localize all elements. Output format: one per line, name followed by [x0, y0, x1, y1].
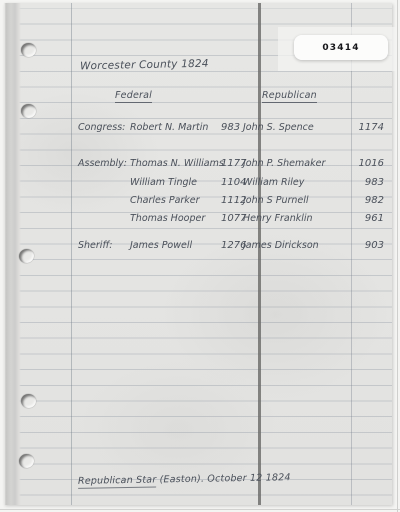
result-row-assembly: Charles Parker 1112 John S Purnell 982	[0, 195, 400, 209]
citation-detail: (Easton). October 12 1824	[156, 472, 290, 485]
federal-candidate: Thomas N. Williams	[130, 158, 224, 169]
center-column-line	[258, 3, 261, 505]
office-label: Assembly:	[78, 158, 127, 169]
republican-candidate: Henry Franklin	[243, 213, 313, 224]
result-row-assembly: William Tingle 1104 William Riley 983	[0, 177, 400, 191]
ledger-paper	[4, 3, 392, 505]
column-header-republican: Republican	[262, 90, 317, 103]
republican-votes: 982	[354, 195, 384, 206]
federal-candidate: Robert N. Martin	[130, 122, 208, 133]
catalog-label: 03414	[294, 35, 388, 60]
punch-hole	[21, 43, 36, 57]
federal-candidate: Thomas Hooper	[130, 213, 205, 224]
result-row-congress: Congress: Robert N. Martin 983 John S. S…	[0, 122, 400, 136]
ruled-lines	[4, 3, 392, 505]
republican-votes: 1016	[354, 158, 384, 169]
left-margin-line	[71, 3, 72, 505]
republican-votes: 961	[354, 213, 384, 224]
catalog-number: 03414	[322, 43, 359, 53]
federal-candidate: Charles Parker	[130, 195, 200, 206]
result-row-sheriff: Sheriff: James Powell 1276 James Diricks…	[0, 240, 400, 254]
republican-candidate: John S. Spence	[243, 122, 314, 133]
punch-hole	[21, 104, 36, 118]
republican-votes: 1174	[354, 122, 384, 133]
column-header-federal: Federal	[115, 90, 152, 103]
office-label: Sheriff:	[78, 240, 113, 251]
result-row-assembly: Assembly: Thomas N. Williams 1177 John P…	[0, 158, 400, 172]
scanned-document-page: 03414 Worcester County 1824 Federal Repu…	[0, 0, 400, 512]
republican-candidate: James Dirickson	[243, 240, 319, 251]
republican-votes: 903	[354, 240, 384, 251]
federal-votes: 983	[221, 122, 240, 133]
federal-candidate: James Powell	[130, 240, 192, 251]
page-stack-edge	[397, 0, 398, 512]
federal-candidate: William Tingle	[130, 177, 197, 188]
page-stack-edge	[0, 509, 400, 510]
office-label: Congress:	[78, 122, 125, 133]
result-row-assembly: Thomas Hooper 1077 Henry Franklin 961	[0, 213, 400, 227]
republican-candidate: William Riley	[243, 177, 304, 188]
punch-hole	[21, 394, 36, 408]
right-column-line	[351, 3, 352, 505]
republican-candidate: John P. Shemaker	[243, 158, 325, 169]
citation-source: Republican Star	[78, 474, 157, 488]
republican-candidate: John S Purnell	[243, 195, 309, 206]
republican-votes: 983	[354, 177, 384, 188]
